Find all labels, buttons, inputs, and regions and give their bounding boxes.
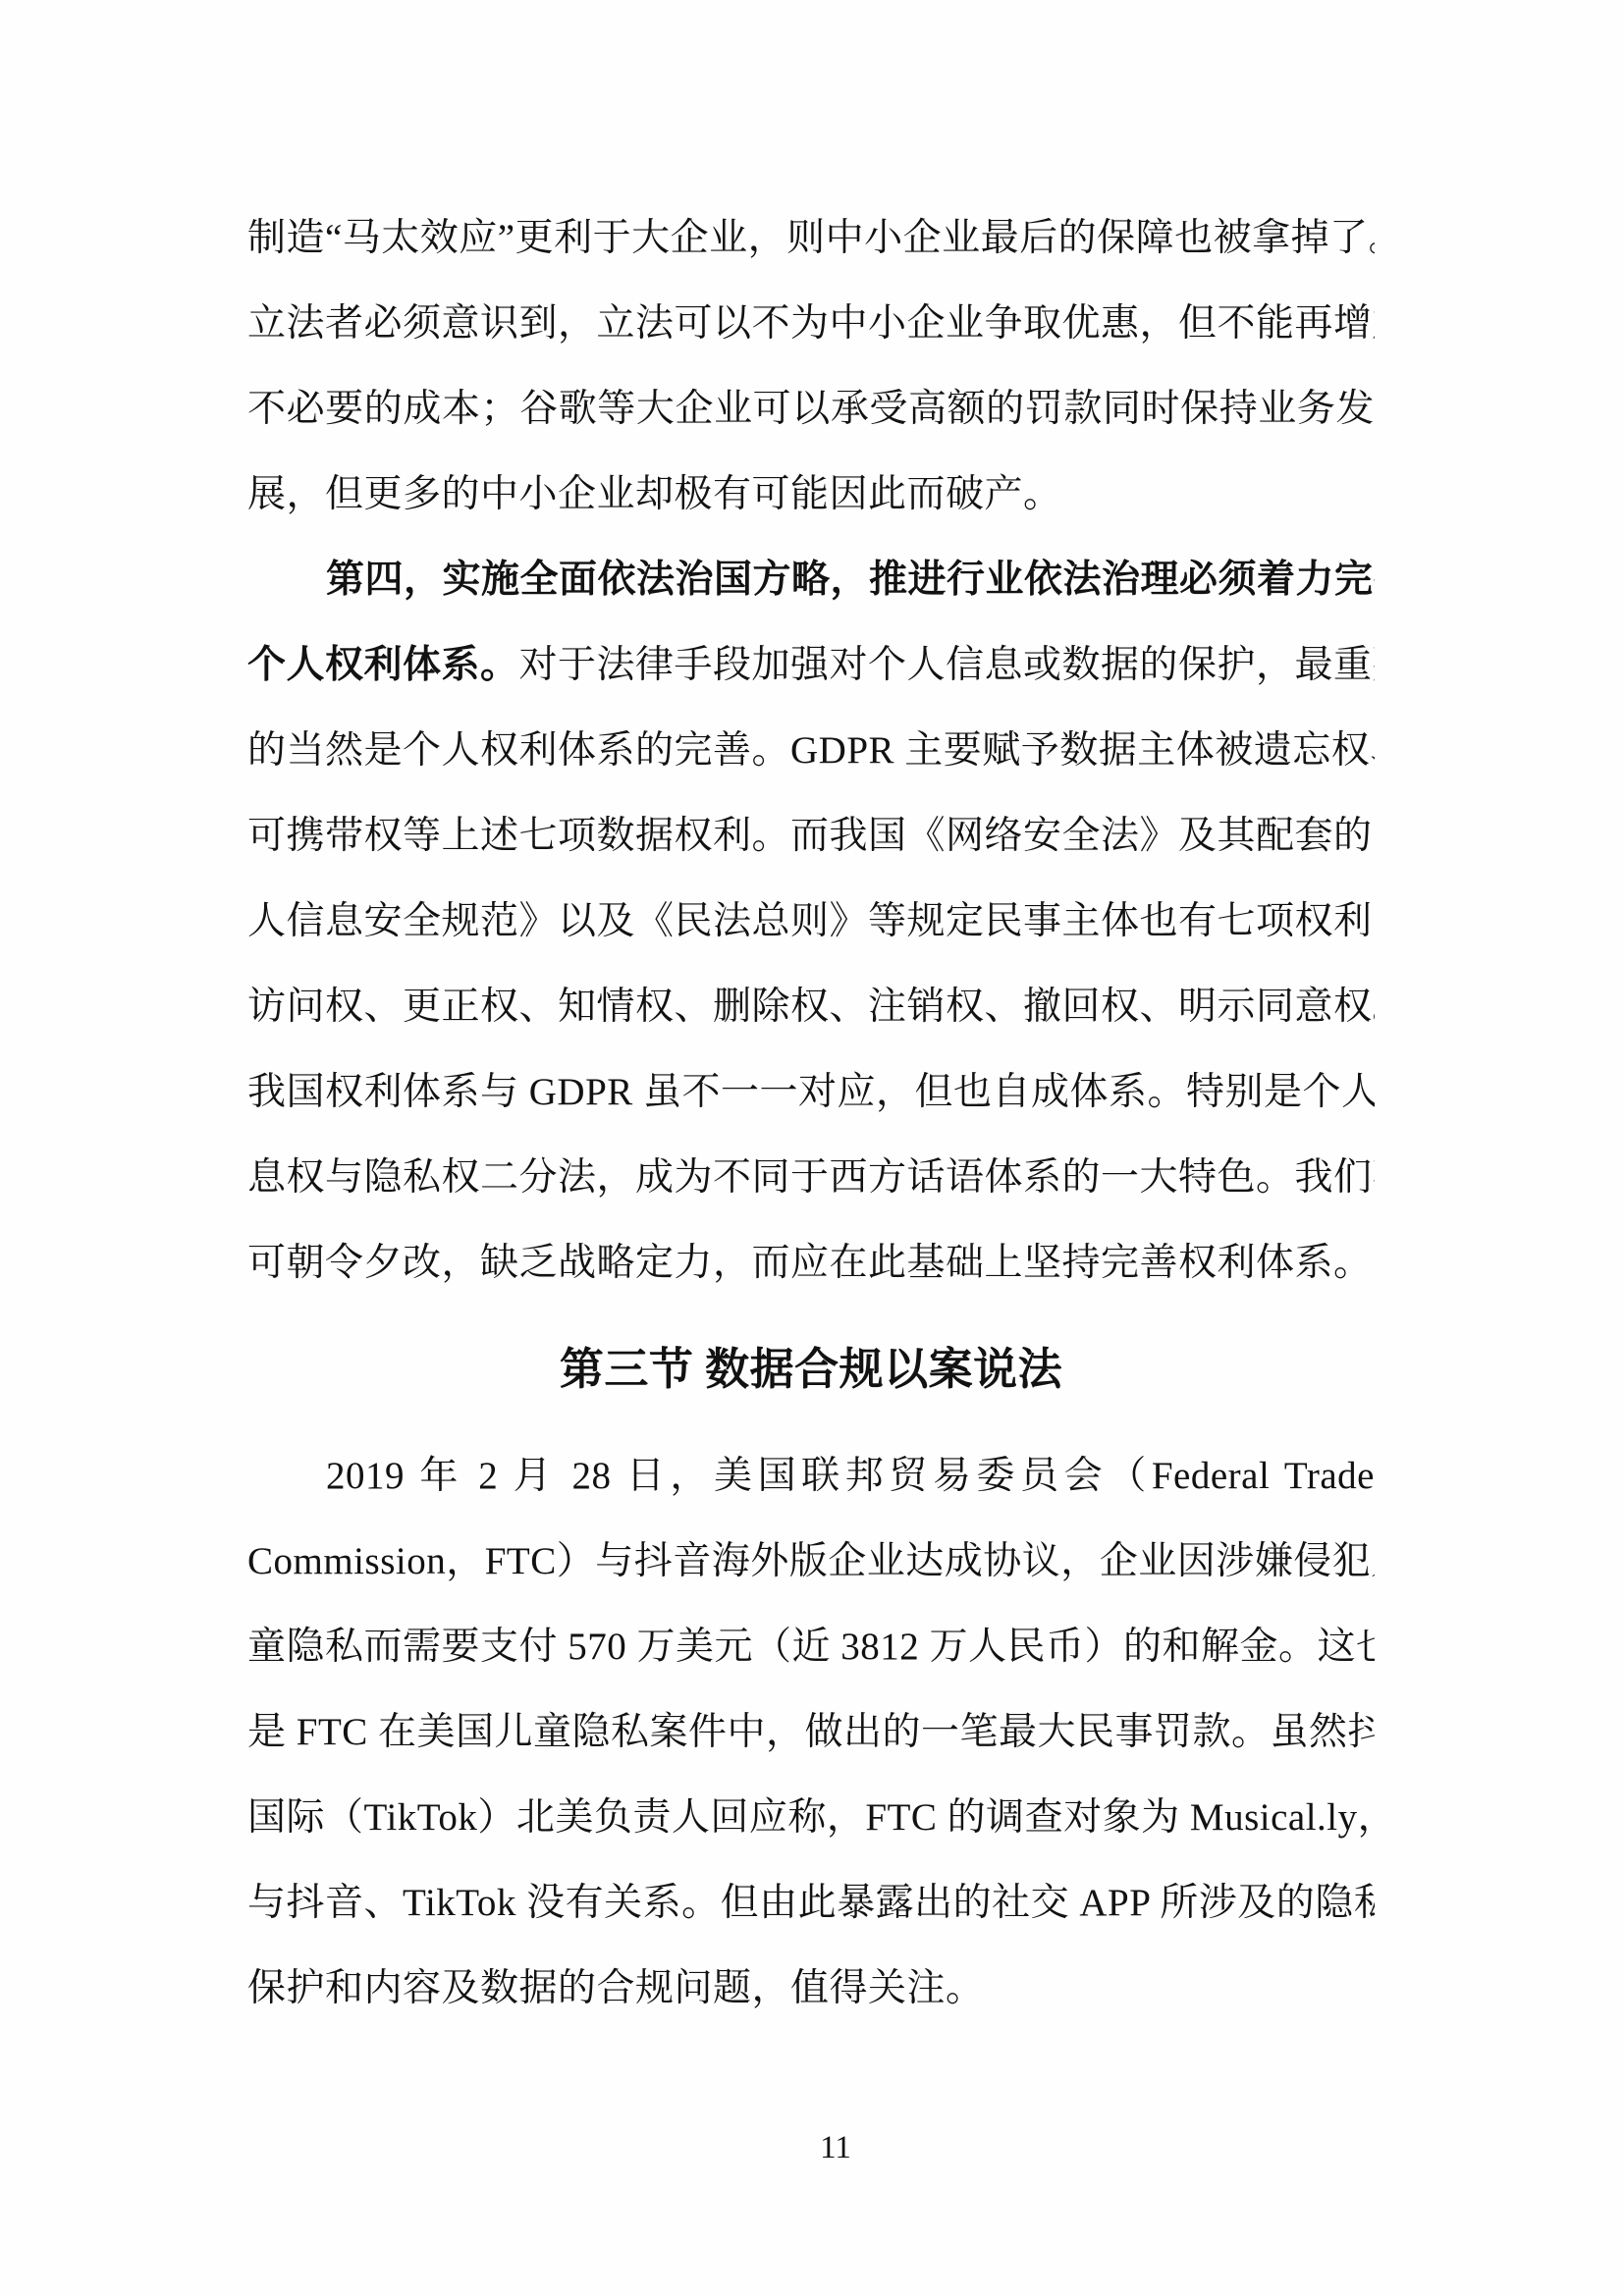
text-segment: 第四，实施全面依法治国方略，推进行业依法治理必须着力完善 [326, 559, 1375, 601]
text-segment: 是 FTC 在美国儿童隐私案件中，做出的一笔最大民事罚款。虽然抖音 [247, 1711, 1375, 1753]
text-line: 不必要的成本；谷歌等大企业可以承受高额的罚款同时保持业务发 [247, 366, 1375, 452]
text-line: 可携带权等上述七项数据权利。而我国《网络安全法》及其配套的《个 [247, 793, 1375, 879]
text-segment: 不必要的成本；谷歌等大企业可以承受高额的罚款同时保持业务发 [247, 388, 1375, 430]
text-line: 可朝令夕改，缺乏战略定力，而应在此基础上坚持完善权利体系。 [247, 1220, 1375, 1306]
text-segment: 保护和内容及数据的合规问题，值得关注。 [247, 1967, 985, 2009]
document-page: 制造“马太效应”更利于大企业，则中小企业最后的保障也被拿掉了。立法者必须意识到，… [0, 0, 1624, 2296]
text-segment: 个人权利体系。 [247, 644, 519, 686]
text-segment: 对于法律手段加强对个人信息或数据的保护，最重要 [519, 644, 1375, 686]
text-line: 童隐私而需要支付 570 万美元（近 3812 万人民币）的和解金。这也 [247, 1604, 1375, 1689]
text-line: 人信息安全规范》以及《民法总则》等规定民事主体也有七项权利： [247, 879, 1375, 964]
text-segment: 人信息安全规范》以及《民法总则》等规定民事主体也有七项权利： [247, 900, 1375, 942]
text-line: 个人权利体系。对于法律手段加强对个人信息或数据的保护，最重要 [247, 622, 1375, 708]
text-line: 是 FTC 在美国儿童隐私案件中，做出的一笔最大民事罚款。虽然抖音 [247, 1689, 1375, 1775]
text-line: 息权与隐私权二分法，成为不同于西方话语体系的一大特色。我们不 [247, 1135, 1375, 1220]
text-line: 立法者必须意识到，立法可以不为中小企业争取优惠，但不能再增加 [247, 281, 1375, 366]
text-segment: 访问权、更正权、知情权、删除权、注销权、撤回权、明示同意权。 [247, 986, 1375, 1028]
text-segment: 国际（TikTok）北美负责人回应称，FTC 的调查对象为 Musical.ly… [247, 1796, 1375, 1839]
text-segment: 的当然是个人权利体系的完善。GDPR 主要赋予数据主体被遗忘权、 [247, 729, 1375, 772]
text-line: 与抖音、TikTok 没有关系。但由此暴露出的社交 APP 所涉及的隐私 [247, 1860, 1375, 1946]
text-line: 制造“马太效应”更利于大企业，则中小企业最后的保障也被拿掉了。 [247, 195, 1375, 281]
text-line: 访问权、更正权、知情权、删除权、注销权、撤回权、明示同意权。 [247, 964, 1375, 1049]
text-segment: 可携带权等上述七项数据权利。而我国《网络安全法》及其配套的《个 [247, 815, 1375, 857]
text-segment: 我国权利体系与 GDPR 虽不一一对应，但也自成体系。特别是个人信 [247, 1071, 1375, 1113]
text-line: 保护和内容及数据的合规问题，值得关注。 [247, 1946, 1375, 2031]
text-segment: 制造“马太效应”更利于大企业，则中小企业最后的保障也被拿掉了。 [247, 217, 1375, 259]
text-segment: 展，但更多的中小企业却极有可能因此而破产。 [247, 473, 1062, 515]
text-line: 第四，实施全面依法治国方略，推进行业依法治理必须着力完善 [247, 537, 1375, 622]
text-segment: 童隐私而需要支付 570 万美元（近 3812 万人民币）的和解金。这也 [247, 1626, 1375, 1668]
text-segment: 立法者必须意识到，立法可以不为中小企业争取优惠，但不能再增加 [247, 302, 1375, 345]
section-heading: 第三节 数据合规以案说法 [247, 1306, 1375, 1433]
text-segment: 息权与隐私权二分法，成为不同于西方话语体系的一大特色。我们不 [247, 1156, 1375, 1199]
text-line: 国际（TikTok）北美负责人回应称，FTC 的调查对象为 Musical.ly… [247, 1775, 1375, 1860]
text-segment: 第三节 数据合规以案说法 [560, 1345, 1062, 1394]
text-segment: 可朝令夕改，缺乏战略定力，而应在此基础上坚持完善权利体系。 [247, 1242, 1373, 1284]
text-line: 我国权利体系与 GDPR 虽不一一对应，但也自成体系。特别是个人信 [247, 1049, 1375, 1135]
page-number: 11 [0, 2128, 1624, 2167]
text-segment: Commission，FTC）与抖音海外版企业达成协议，企业因涉嫌侵犯儿 [247, 1540, 1375, 1582]
text-line: 的当然是个人权利体系的完善。GDPR 主要赋予数据主体被遗忘权、 [247, 708, 1375, 793]
document-body: 制造“马太效应”更利于大企业，则中小企业最后的保障也被拿掉了。立法者必须意识到，… [247, 195, 1375, 2031]
text-line: 展，但更多的中小企业却极有可能因此而破产。 [247, 452, 1375, 537]
text-line: Commission，FTC）与抖音海外版企业达成协议，企业因涉嫌侵犯儿 [247, 1519, 1375, 1604]
text-line: 2019 年 2 月 28 日，美国联邦贸易委员会（Federal Trade [247, 1433, 1375, 1519]
text-segment: 2019 年 2 月 28 日，美国联邦贸易委员会（Federal Trade [326, 1455, 1375, 1497]
text-segment: 与抖音、TikTok 没有关系。但由此暴露出的社交 APP 所涉及的隐私 [247, 1882, 1375, 1924]
